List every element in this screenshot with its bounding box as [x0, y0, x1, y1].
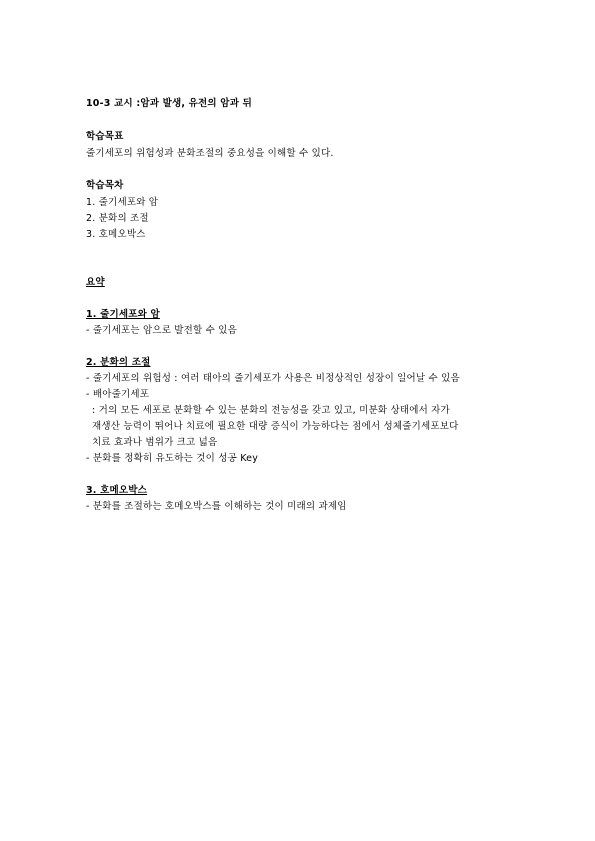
- summary-heading: 요약: [86, 277, 105, 289]
- summary-section-3-line-1: - 분화를 조절하는 호메오박스를 이해하는 것이 미래의 과제임: [86, 501, 347, 513]
- contents-item-1: 1. 줄기세포와 암: [86, 197, 158, 209]
- objectives-text: 줄기세포의 위험성과 분화조절의 중요성을 이해할 수 있다.: [86, 148, 334, 160]
- contents-heading: 학습목차: [86, 180, 124, 192]
- summary-section-2-line-3: : 거의 모든 세포로 분화할 수 있는 분화의 전능성을 갖고 있고, 미분화…: [92, 405, 450, 417]
- contents-item-2: 2. 분화의 조절: [86, 213, 149, 225]
- summary-section-1-title: 1. 줄기세포와 암: [86, 309, 160, 321]
- document-title: 10-3 교시 :암과 발생, 유전의 암과 뒤: [86, 98, 252, 110]
- document-page: 10-3 교시 :암과 발생, 유전의 암과 뒤 학습목표 줄기세포의 위험성과…: [0, 0, 595, 841]
- summary-section-2-line-4: 재생산 능력이 뛰어나 치료에 필요한 대량 증식이 가능하다는 점에서 성체줄…: [92, 421, 459, 433]
- summary-section-1-line-1: - 줄기세포는 암으로 발전할 수 있음: [86, 325, 237, 337]
- summary-section-2-title: 2. 분화의 조절: [86, 357, 151, 369]
- summary-section-2-line-1: - 줄기세포의 위험성 : 여러 태아의 줄기세포가 사용은 비정상적인 성장이…: [86, 373, 460, 385]
- summary-section-2-line-6: - 분화를 정확히 유도하는 것이 성공 Key: [86, 453, 258, 465]
- summary-section-2-line-2: - 배아줄기세포: [86, 389, 149, 401]
- summary-section-3-title: 3. 호메오박스: [86, 485, 147, 497]
- summary-section-2-line-5: 치료 효과나 범위가 크고 넓음: [92, 437, 217, 449]
- objectives-heading: 학습목표: [86, 131, 124, 143]
- contents-item-3: 3. 호메오박스: [86, 229, 146, 241]
